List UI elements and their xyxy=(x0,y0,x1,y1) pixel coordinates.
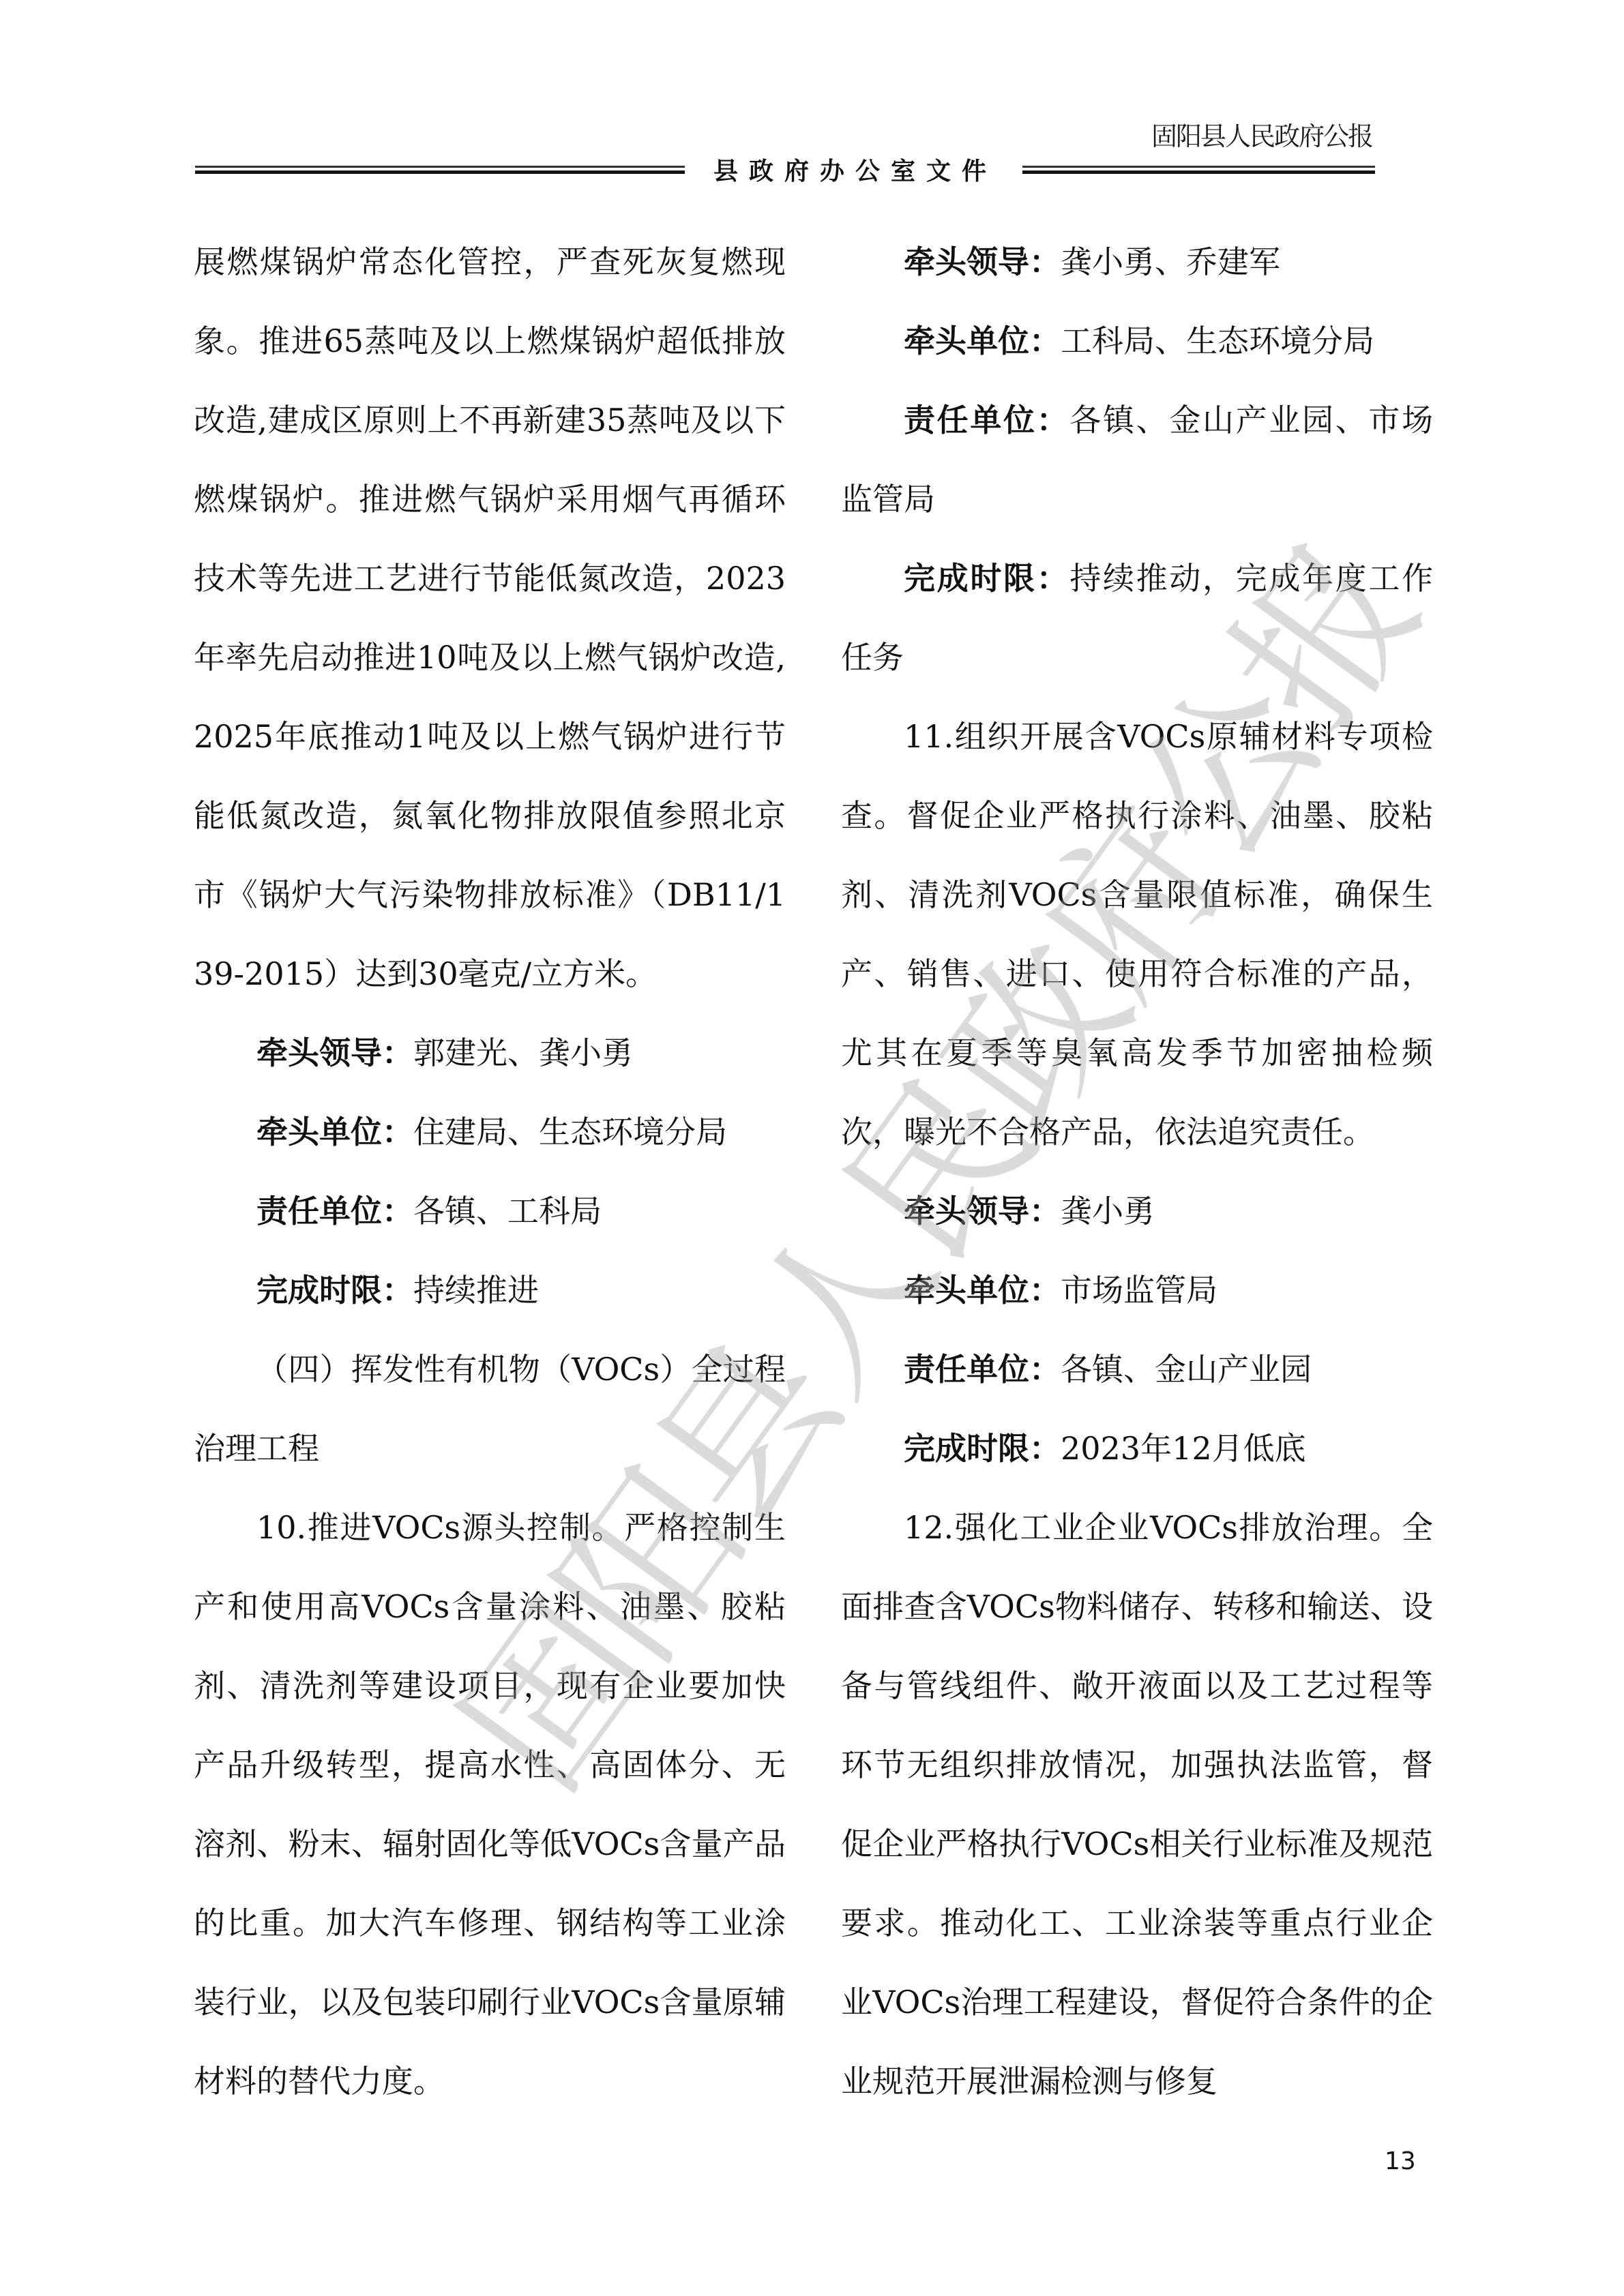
field-deadline: 完成时限：2023年12月低底 xyxy=(841,1409,1433,1488)
field-deadline: 完成时限：持续推进 xyxy=(194,1251,786,1330)
field-value: 龚小勇、乔建军 xyxy=(1061,243,1280,280)
field-value: 2023年12月低底 xyxy=(1061,1430,1306,1467)
field-responsible-unit: 责任单位：各镇、金山产业园、市场监管局 xyxy=(841,381,1433,539)
paragraph-item-11: 11.组织开展含VOCs原辅材料专项检查。督促企业严格执行涂料、油墨、胶粘剂、清… xyxy=(841,697,1433,1172)
field-responsible-unit: 责任单位：各镇、工科局 xyxy=(194,1172,786,1251)
field-responsible-unit: 责任单位：各镇、金山产业园 xyxy=(841,1330,1433,1409)
field-value: 龚小勇 xyxy=(1061,1193,1155,1229)
paragraph-boiler-control: 展燃煤锅炉常态化管控，严查死灰复燃现象。推进65蒸吨及以上燃煤锅炉超低排放改造,… xyxy=(194,222,786,1013)
field-label: 完成时限： xyxy=(904,560,1069,597)
field-label: 牵头领导： xyxy=(904,1193,1061,1229)
header-rule: 县政府办公室文件 xyxy=(195,157,1375,187)
field-label: 牵头单位： xyxy=(904,323,1061,359)
section-title: 县政府办公室文件 xyxy=(698,157,1012,187)
left-column: 展燃煤锅炉常态化管控，严查死灰复燃现象。推进65蒸吨及以上燃煤锅炉超低排放改造,… xyxy=(194,222,786,2121)
field-label: 责任单位： xyxy=(256,1193,413,1229)
double-rule-left xyxy=(195,166,685,175)
paragraph-item-12: 12.强化工业企业VOCs排放治理。全面排查含VOCs物料储存、转移和输送、设备… xyxy=(841,1488,1433,2121)
field-value: 各镇、金山产业园 xyxy=(1061,1351,1312,1388)
page-number: 13 xyxy=(1385,2148,1416,2175)
publication-title: 固阳县人民政府公报 xyxy=(1091,120,1372,153)
field-label: 责任单位： xyxy=(904,402,1069,438)
field-label: 责任单位： xyxy=(904,1351,1061,1388)
field-label: 牵头领导： xyxy=(256,1034,413,1071)
field-lead-unit: 牵头单位：住建局、生态环境分局 xyxy=(194,1092,786,1172)
paragraph-item-10: 10.推进VOCs源头控制。严格控制生产和使用高VOCs含量涂料、油墨、胶粘剂、… xyxy=(194,1488,786,2121)
field-lead-leader: 牵头领导：龚小勇、乔建军 xyxy=(841,222,1433,301)
field-label: 完成时限： xyxy=(256,1272,413,1309)
field-deadline: 完成时限：持续推动，完成年度工作任务 xyxy=(841,539,1433,697)
field-label: 完成时限： xyxy=(904,1430,1061,1467)
field-value: 郭建光、龚小勇 xyxy=(413,1034,633,1071)
document-page: 固阳县人民政府公报 县政府办公室文件 展燃煤锅炉常态化管控，严查死灰复燃现象。推… xyxy=(0,0,1624,2296)
double-rule-right xyxy=(1022,166,1375,175)
right-column: 牵头领导：龚小勇、乔建军 牵头单位：工科局、生态环境分局 责任单位：各镇、金山产… xyxy=(841,222,1433,2121)
field-label: 牵头单位： xyxy=(256,1114,413,1150)
field-lead-unit: 牵头单位：工科局、生态环境分局 xyxy=(841,301,1433,381)
field-value: 住建局、生态环境分局 xyxy=(413,1114,727,1150)
field-lead-leader: 牵头领导：龚小勇 xyxy=(841,1172,1433,1251)
field-value: 各镇、工科局 xyxy=(413,1193,602,1229)
section-heading-vocs: （四）挥发性有机物（VOCs）全过程治理工程 xyxy=(194,1330,786,1488)
field-lead-leader: 牵头领导：郭建光、龚小勇 xyxy=(194,1013,786,1092)
field-lead-unit: 牵头单位：市场监管局 xyxy=(841,1251,1433,1330)
field-label: 牵头单位： xyxy=(904,1272,1061,1309)
field-value: 市场监管局 xyxy=(1061,1272,1217,1309)
field-value: 持续推进 xyxy=(413,1272,539,1309)
field-value: 工科局、生态环境分局 xyxy=(1061,323,1374,359)
field-label: 牵头领导： xyxy=(904,243,1061,280)
